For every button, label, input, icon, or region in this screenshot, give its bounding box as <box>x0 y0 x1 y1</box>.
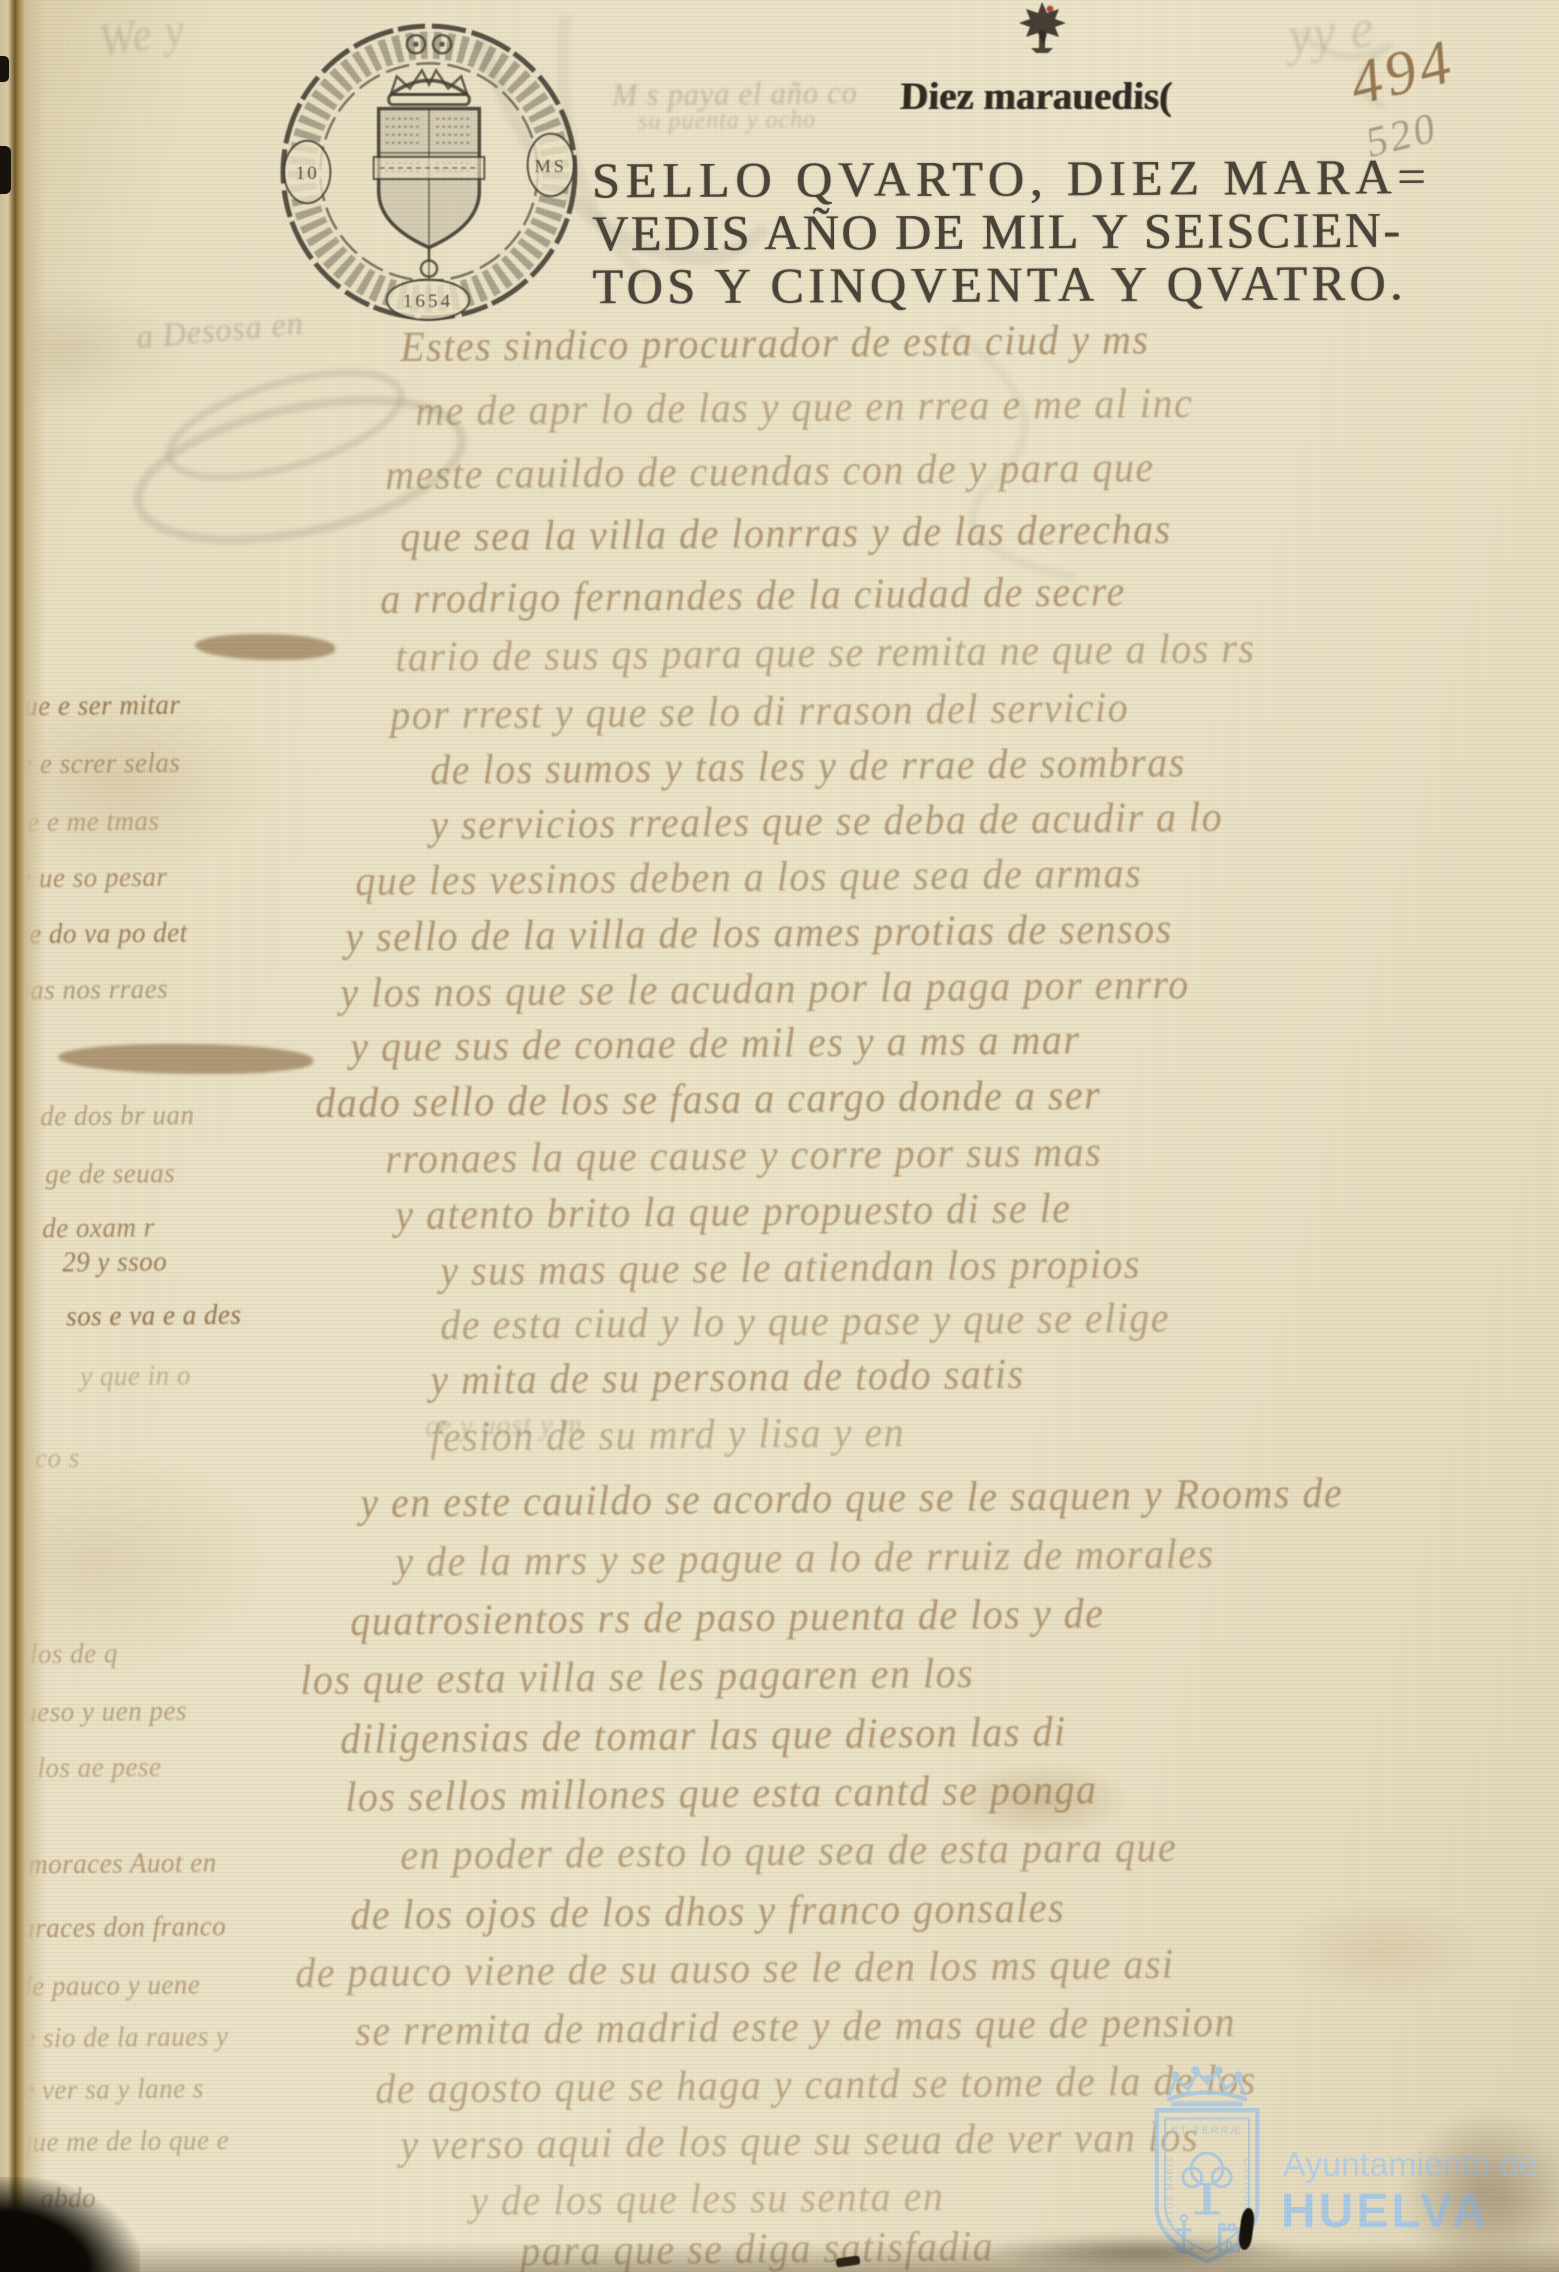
handwriting-line: Estes sindico procurador de esta ciud y … <box>400 314 1150 372</box>
royal-tax-seal: 10 MS 1654 <box>276 14 582 328</box>
seal-right-cartouche: MS <box>535 156 567 176</box>
handwriting-line: y de los que les su senta en <box>470 2171 945 2226</box>
huelva-motto-left: PORTUS MARIS <box>1164 2156 1174 2238</box>
revenue-banner: Diez marauedis( <box>899 74 1172 119</box>
handwriting-line: sos e va e a des <box>66 1298 242 1333</box>
handwriting-line: de los sumos y tas les y de rrae de somb… <box>430 737 1186 795</box>
handwriting-line: de agosto que se haga y cantd se tome de… <box>375 2055 1257 2114</box>
edge-nick <box>0 56 9 82</box>
handwriting-line: y mita de su persona de todo satis <box>430 1349 1025 1405</box>
handwriting-line: de oxam r <box>42 1211 155 1245</box>
handwriting-line: tario de sus qs para que se remita ne qu… <box>395 623 1256 682</box>
handwriting-line: su puenta y ocho <box>638 106 816 136</box>
handwriting-line: de los ojos de los dhos y franco gonsale… <box>350 1883 1065 1940</box>
handwriting-line: por rrest y que se lo di rrason del serv… <box>390 682 1129 740</box>
bottom-edge-shadow <box>0 2242 1559 2272</box>
handwriting-line: y en este cauildo se acordo que se le sa… <box>360 1468 1343 1528</box>
handwriting-line: rronaes la que cause y corre por sus mas <box>385 1126 1102 1183</box>
handwriting-line: meste cauildo de cuendas con de y para q… <box>385 442 1155 500</box>
manuscript-page: 10 MS 1654 Diez marauedis( SELLO QVARTO,… <box>0 0 1559 2272</box>
handwriting-line: de pauco viene de su auso se le den los … <box>295 1939 1175 1998</box>
handwriting-line: en poder de esto lo que sea de esta para… <box>400 1822 1177 1880</box>
corner-shadow <box>0 2177 140 2272</box>
handwriting-line: y los nos que se le acudan por la paga p… <box>340 959 1190 1018</box>
tax-heading: SELLO QVARTO, DIEZ MARA= VEDIS AÑO DE MI… <box>592 150 1508 313</box>
handwriting-line: diligensias de tomar las que dieson las … <box>340 1706 1067 1763</box>
handwriting-line: quatrosientos rs de paso puenta de los y… <box>350 1588 1105 1646</box>
edge-nick <box>0 146 11 194</box>
handwriting-line: a rrodrigo fernandes de la ciudad de sec… <box>380 566 1126 624</box>
huelva-motto-right: CUSTODIA <box>1243 2158 1253 2214</box>
handwriting-line: 29 y ssoo <box>62 1245 167 1279</box>
handwriting-line: y que in o <box>80 1359 191 1393</box>
binding-edge <box>0 0 46 2272</box>
handwriting-line: yy e <box>1285 0 1377 68</box>
seal-year: 1654 <box>403 291 453 312</box>
seal-left-cartouche: 10 <box>296 163 319 184</box>
handwriting-line: que les vesinos deben a los que sea de a… <box>355 848 1142 906</box>
handwriting-line: y de la mrs y se pague a lo de rruiz de … <box>395 1528 1215 1586</box>
handwriting-line: me de apr lo de las y que en rrea e me a… <box>415 378 1194 436</box>
handwriting-line: fesion de su mrd y lisa y en <box>430 1407 905 1462</box>
handwriting-line: de esta ciud y lo y que pase y que se el… <box>440 1292 1170 1349</box>
handwriting-line: y atento brito la que propuesto di se le <box>395 1183 1072 1240</box>
handwriting-line: de dos br uan <box>40 1098 195 1132</box>
handwriting-line: y sello de la villa de los ames protias … <box>345 903 1173 961</box>
handwriting-line: y que sus de conae de mil es y a ms a ma… <box>350 1014 1081 1071</box>
handwriting-line: y sus mas que se le atiendan los propios <box>440 1239 1141 1296</box>
huelva-motto-top: ET TERRÆ <box>1171 2125 1243 2136</box>
handwriting-line: y verso aqui de los que su seua de ver v… <box>400 2112 1199 2170</box>
handwriting-line: ge de seuas <box>45 1157 175 1191</box>
handwriting-line: moraces Auot en <box>28 1846 217 1881</box>
handwriting-line: los sellos millones que esta cantd se po… <box>345 1764 1098 1822</box>
tax-heading-line-3: TOS Y CINQVENTA Y QVATRO. <box>592 256 1507 313</box>
handwriting-line: que sea la villa de lonrras y de las der… <box>400 504 1172 562</box>
handwriting-line: se rremita de madrid este y de mas que d… <box>355 1997 1236 2056</box>
handwriting-line: los que esta villa se les pagaren en los <box>300 1648 974 1705</box>
printers-cross-icon <box>1014 0 1070 56</box>
tax-heading-line-2: VEDIS AÑO DE MIL Y SEISCIEN- <box>592 203 1507 260</box>
handwriting-line: y servicios rreales que se deba de acudi… <box>430 792 1223 850</box>
handwriting-line: dado sello de los se fasa a cargo donde … <box>315 1070 1101 1128</box>
